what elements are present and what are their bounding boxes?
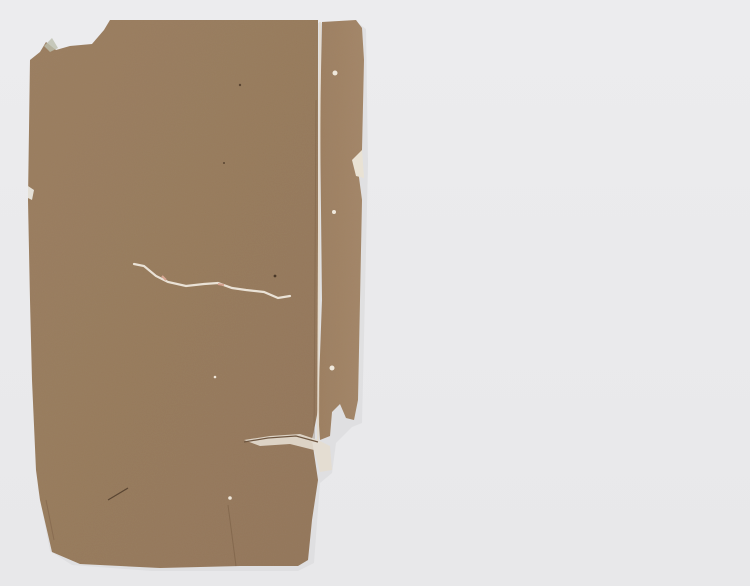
paper-side-strip [318, 20, 364, 440]
photo-background [0, 0, 750, 586]
paper-body [28, 20, 318, 568]
torn-paper-fragment [0, 0, 750, 586]
